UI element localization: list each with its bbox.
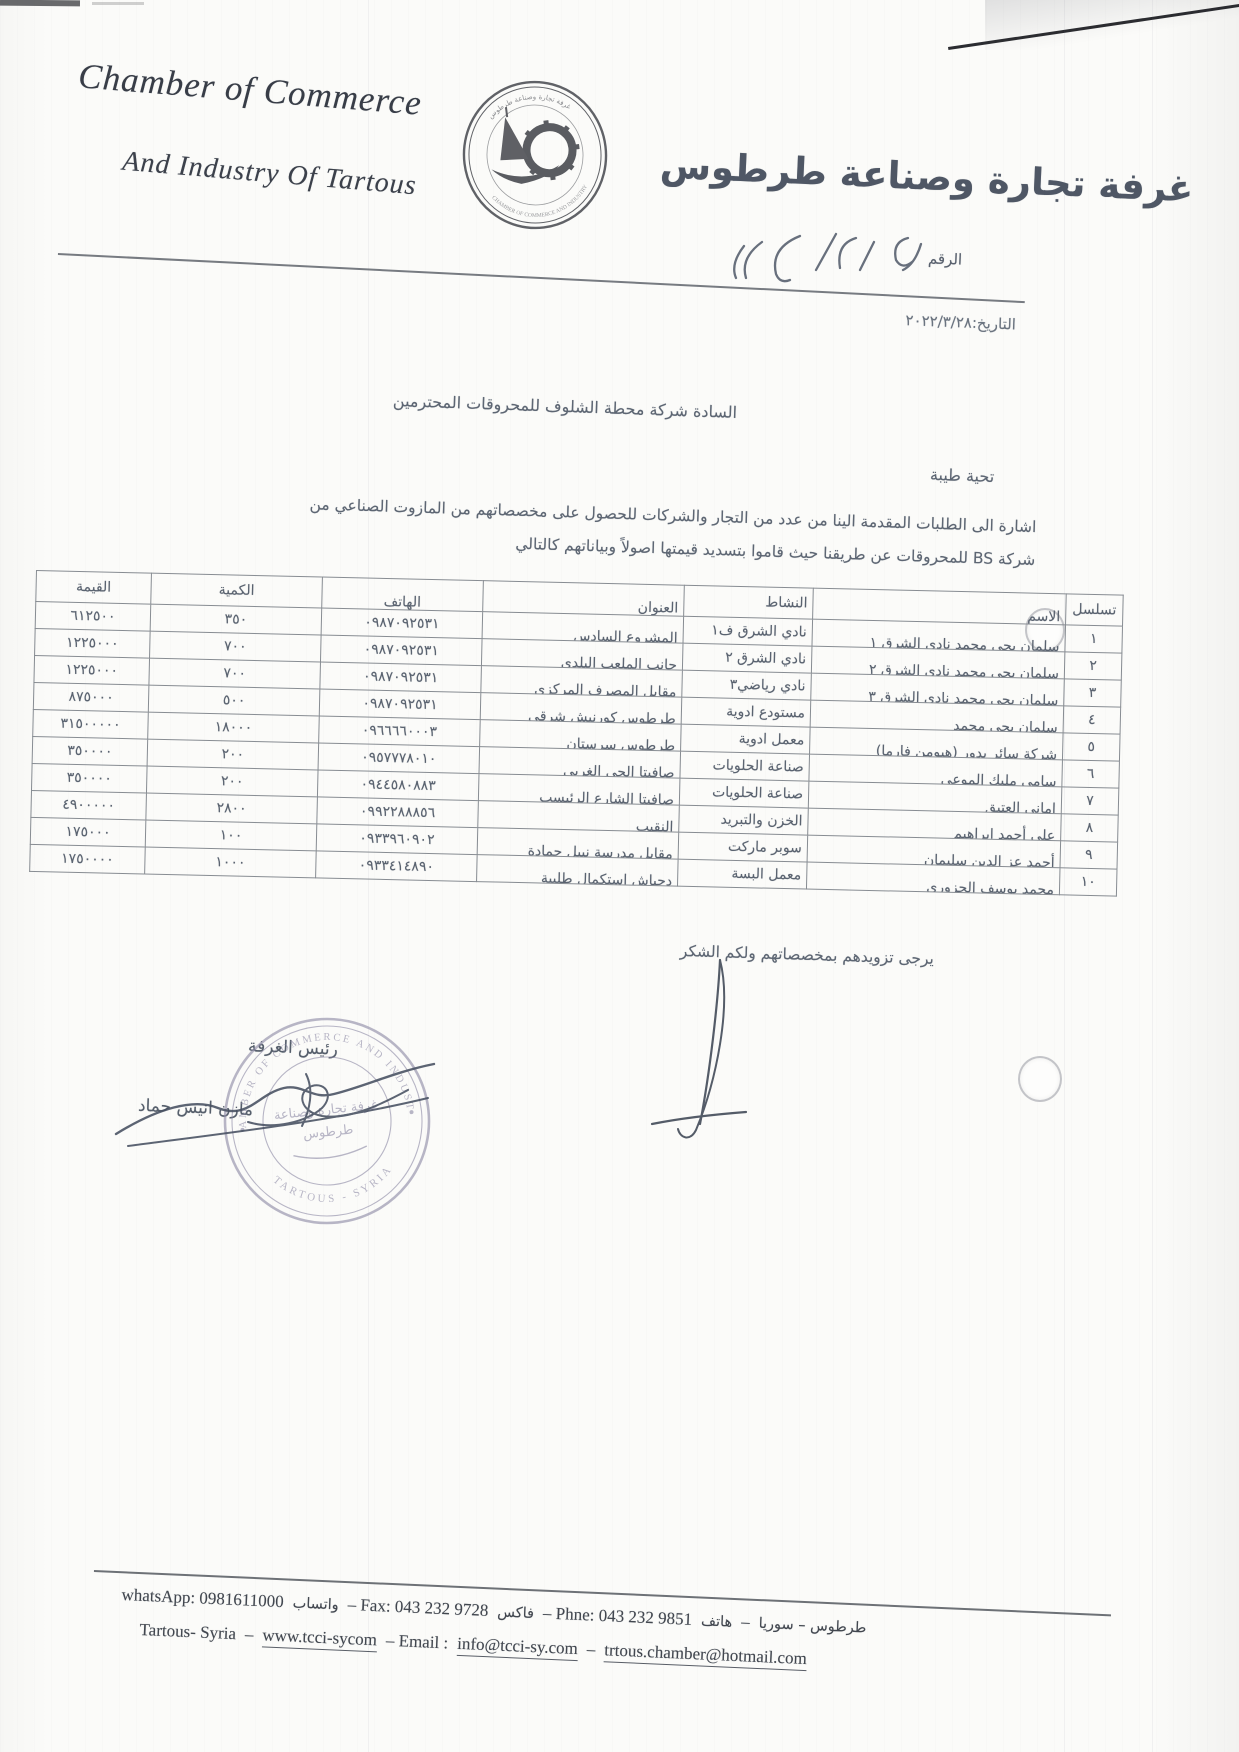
arabic-title: غرفة تجارة وصناعة طرطوس xyxy=(659,143,1041,203)
table-cell: ٠٩٨٧٠٩٢٥٣١ xyxy=(320,662,482,693)
footer-segment: – Email : xyxy=(386,1631,449,1654)
table-cell: ١٢٢٥٠٠٠ xyxy=(34,655,150,685)
table-cell: ٧٠٠ xyxy=(149,658,321,689)
table-cell: ٢٨٠٠ xyxy=(146,793,318,824)
column-header-3: العنوان xyxy=(483,581,685,617)
table-cell: دحباش استكمال طلبية xyxy=(477,855,679,887)
footer-segment: – Phne: 043 232 9851 xyxy=(543,1603,693,1629)
english-title-line2: And Industry Of Tartous xyxy=(121,146,418,203)
paper-fold-line xyxy=(1152,0,1153,1752)
table-cell: ١٠٠٠ xyxy=(145,847,317,878)
scanned-letter-page: Chamber of Commerce And Industry Of Tart… xyxy=(0,0,1239,1752)
english-title-line1: Chamber of Commerce xyxy=(77,56,423,123)
table-cell: ٠٩٨٧٠٩٢٥٣١ xyxy=(320,635,482,666)
scan-edge-dash xyxy=(92,2,144,5)
body-paragraph: اشارة الى الطلبات المقدمة الينا من عدد م… xyxy=(137,483,1037,577)
table-cell: ٢٠٠ xyxy=(147,739,319,770)
table-cell: ٠٩٦٦٦٦٠٠٠٣ xyxy=(319,716,481,747)
column-header-2: النشاط xyxy=(684,585,814,619)
table-cell: ٠٩٨٧٠٩٢٥٣١ xyxy=(321,608,483,639)
greeting-line: تحية طيبة xyxy=(930,465,995,486)
allocations-table: تسلسلالاسمالنشاطالعنوانالهاتفالكميةالقيم… xyxy=(29,570,1124,897)
footer-segment: – xyxy=(245,1625,254,1645)
table-cell: ٠٩٤٤٥٨٠٨٨٣ xyxy=(317,770,479,801)
table-cell: ٣٥٠٠٠٠ xyxy=(31,763,147,793)
hole-punch-mark xyxy=(1018,1056,1062,1102)
table-cell: ٨ xyxy=(1061,814,1119,842)
table-cell: ٦ xyxy=(1062,760,1120,788)
table-cell: ٥ xyxy=(1062,733,1120,761)
column-header-6: القيمة xyxy=(36,571,152,605)
footer-segment: whatsApp: 0981611000 xyxy=(121,1585,284,1612)
chamber-logo-seal: غرفة تجارة وصناعة طرطوس CHAMBER OF COMME… xyxy=(449,69,621,241)
table-cell: ٧٠٠ xyxy=(150,631,322,662)
table-cell: نادي الشرق ٢ xyxy=(682,643,812,673)
table-cell: نادي الشرق ف١ xyxy=(683,616,813,646)
table-cell: ٨٧٥٠٠٠ xyxy=(33,682,149,712)
table-cell: صناعة الحلويات xyxy=(680,751,810,781)
table-cell: ٤٩٠٠٠٠٠ xyxy=(31,790,147,820)
table-cell: ١٨٠٠٠ xyxy=(148,712,320,743)
footer-segment: طرطوس – سوريا xyxy=(758,1616,866,1637)
table-cell: محمد يوسف الحزوري xyxy=(806,862,1060,895)
table-cell: ١٧٥٠٠٠٠ xyxy=(30,844,146,874)
column-header-5: الكمية xyxy=(151,573,323,608)
footer-segment: فاكس xyxy=(497,1604,534,1622)
footer-segment: – xyxy=(741,1612,750,1632)
table-cell: ٧ xyxy=(1061,787,1119,815)
footer-segment: – xyxy=(586,1640,595,1660)
table-cell: ٣١٥٠٠٠٠٠ xyxy=(33,709,149,739)
footer-segment: info@tcci-sy.com xyxy=(457,1634,579,1661)
table-cell: مستودع ادوية xyxy=(681,697,811,727)
table-cell: ٠٩٣٣٤١٤٨٩٠ xyxy=(316,851,478,882)
svg-text:CHAMBER OF COMMERCE AND INDUST: CHAMBER OF COMMERCE AND INDUSTRY xyxy=(490,183,592,224)
table-cell: ١ xyxy=(1065,625,1123,653)
table-cell: ٢٠٠ xyxy=(146,766,318,797)
addressee-line: السادة شركة محطة الشلوف للمحروقات المحتر… xyxy=(330,389,800,424)
allocations-table-wrap: تسلسلالاسمالنشاطالعنوانالهاتفالكميةالقيم… xyxy=(29,570,1052,895)
footer-segment: www.tcci-sycom xyxy=(262,1625,377,1652)
scan-edge-smudge xyxy=(0,0,80,6)
table-cell: ١٠٠ xyxy=(145,820,317,851)
table-cell: ٣٥٠٠٠٠ xyxy=(32,736,148,766)
table-cell: ٣٥٠ xyxy=(150,604,322,635)
footer-segment: trtous.chamber@hotmail.com xyxy=(604,1640,807,1671)
table-cell: ٩ xyxy=(1060,841,1118,869)
table-cell: ٠٩٨٧٠٩٢٥٣١ xyxy=(319,689,481,720)
ref-number-handwriting xyxy=(688,222,938,300)
table-cell: الخزن والتبريد xyxy=(679,805,809,835)
table-cell: ٣ xyxy=(1064,679,1122,707)
table-cell: ٤ xyxy=(1063,706,1121,734)
table-cell: ٢ xyxy=(1064,652,1122,680)
table-cell: ٥٠٠ xyxy=(148,685,320,716)
table-cell: ١٠ xyxy=(1059,868,1117,896)
footer-segment: Tartous- Syria xyxy=(139,1620,236,1644)
table-cell: ٠٩٥٧٧٧٨٠١٠ xyxy=(318,743,480,774)
table-cell: صناعة الحلويات xyxy=(679,778,809,808)
footer-segment: هاتف xyxy=(701,1613,733,1630)
table-cell: معمل ادوية xyxy=(681,724,811,754)
pen-check-mark xyxy=(638,952,760,1154)
signature-scribble xyxy=(98,1038,460,1170)
table-cell: ٠٩٩٢٢٨٨٨٥٦ xyxy=(317,797,479,828)
table-cell: سوبر ماركت xyxy=(678,832,808,862)
date-line: التاريخ:٢٠٢٢/٣/٢٨ xyxy=(788,306,1017,333)
table-cell: ٠٩٣٣٩٦٠٩٠٢ xyxy=(316,824,478,855)
table-cell: ١٢٢٥٠٠٠ xyxy=(35,628,151,658)
table-cell: ١٧٥٠٠٠ xyxy=(30,817,146,847)
column-header-0: تسلسل xyxy=(1066,594,1124,626)
table-cell: نادي رياضي٣ xyxy=(682,670,812,700)
column-header-4: الهاتف xyxy=(322,577,484,612)
footer-segment: واتساب xyxy=(292,1595,339,1613)
table-cell: معمل البسة xyxy=(677,859,807,889)
table-cell: ٦١٢٥٠٠ xyxy=(35,602,151,632)
